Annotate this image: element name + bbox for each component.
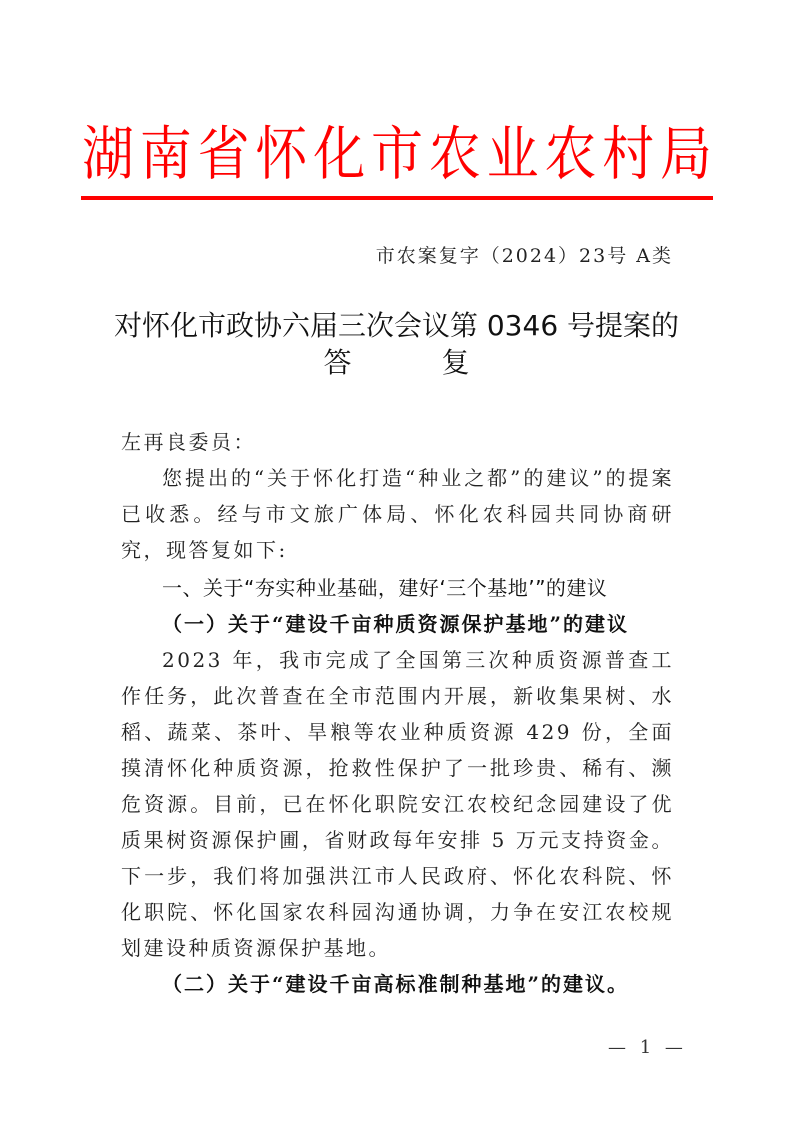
subsection-1-paragraph: 2023 年，我市完成了全国第三次种质资源普查工作任务，此次普查在全市范围内开展…: [121, 642, 674, 966]
letterhead-char: 湖: [82, 106, 134, 190]
intro-paragraph: 您提出的“关于怀化打造“种业之都”的建议”的提案已收悉。经与市文旅广体局、怀化农…: [121, 460, 674, 568]
letterhead-red-divider: [81, 196, 713, 200]
document-body: 左再良委员： 您提出的“关于怀化打造“种业之都”的建议”的提案已收悉。经与市文旅…: [121, 424, 674, 1002]
page-number: — 1 —: [608, 1037, 687, 1058]
letterhead-char: 化: [313, 106, 365, 190]
letterhead-char: 省: [198, 106, 250, 190]
letterhead-char: 市: [371, 106, 423, 190]
section-heading-1: 一、关于“夯实种业基础，建好‘三个基地’”的建议: [121, 570, 674, 606]
subsection-heading-1: （一）关于“建设千亩种质资源保护基地”的建议: [121, 606, 674, 642]
letterhead-char: 业: [487, 106, 539, 190]
document-title-reply: 答复: [0, 341, 793, 381]
letterhead-org-name: 湖 南 省 怀 化 市 农 业 农 村 局: [82, 103, 712, 193]
letterhead-char: 怀: [255, 106, 307, 190]
letterhead-char: 农: [544, 106, 596, 190]
letterhead-char: 南: [140, 106, 192, 190]
letterhead-char: 局: [660, 106, 712, 190]
title-reply-char-2: 复: [442, 341, 470, 381]
title-reply-char-1: 答: [323, 341, 351, 381]
subsection-heading-2: （二）关于“建设千亩高标准制种基地”的建议。: [121, 966, 674, 1002]
salutation: 左再良委员：: [121, 424, 674, 460]
document-number: 市农案复字（2024）23号 A类: [376, 241, 673, 268]
letterhead-char: 农: [429, 106, 481, 190]
document-title: 对怀化市政协六届三次会议第 0346 号提案的: [0, 304, 793, 344]
letterhead-char: 村: [602, 106, 654, 190]
